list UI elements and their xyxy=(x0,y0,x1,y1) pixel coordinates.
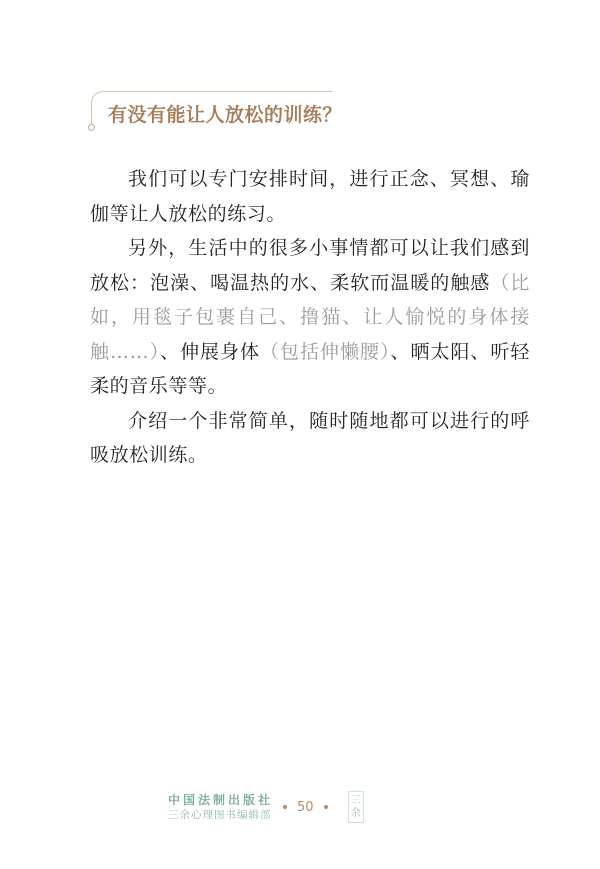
page-footer: 中国法制出版社 三余心理图书编辑部 50 三 余 xyxy=(168,791,364,823)
paragraph-1: 我们可以专门安排时间，进行正念、冥想、瑜伽等让人放松的练习。 xyxy=(90,162,530,231)
publisher-logo-icon: 三 余 xyxy=(348,791,364,823)
paragraph-2: 另外，生活中的很多小事情都可以让我们感到放松：泡澡、喝温热的水、柔软而温暖的触感… xyxy=(90,231,530,404)
publisher-subtitle: 三余心理图书编辑部 xyxy=(168,808,273,822)
text-segment: 介绍一个非常简单，随时随地都可以进行的呼吸放松训练。 xyxy=(90,410,530,467)
separator-dot-icon xyxy=(283,805,287,809)
section-title: 有没有能让人放松的训练？ xyxy=(108,100,342,127)
logo-char-top: 三 xyxy=(351,794,361,807)
logo-char-bottom: 余 xyxy=(351,807,361,820)
text-segment: 、伸展身体 xyxy=(160,341,260,363)
title-frame-dot xyxy=(88,124,95,131)
page-number: 50 xyxy=(297,800,314,815)
text-segment: 另外，生活中的很多小事情都可以让我们感到放松：泡澡、喝温热的水、柔软而温暖的触感 xyxy=(90,237,530,294)
text-segment: 我们可以专门安排时间，进行正念、冥想、瑜伽等让人放松的练习。 xyxy=(90,168,530,225)
publisher-block: 中国法制出版社 三余心理图书编辑部 xyxy=(168,793,273,822)
body-content: 我们可以专门安排时间，进行正念、冥想、瑜伽等让人放松的练习。 另外，生活中的很多… xyxy=(90,162,530,473)
paragraph-3: 介绍一个非常简单，随时随地都可以进行的呼吸放松训练。 xyxy=(90,404,530,473)
aside-text: （包括伸懒腰） xyxy=(260,341,390,363)
publisher-name: 中国法制出版社 xyxy=(168,793,273,808)
separator-dot-icon xyxy=(324,805,328,809)
